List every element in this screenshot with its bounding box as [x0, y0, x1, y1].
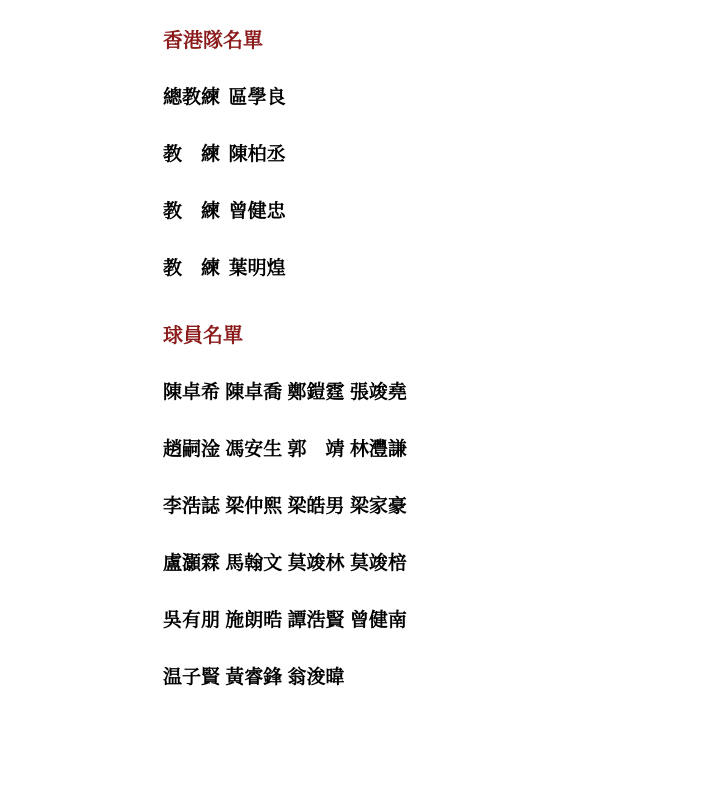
- staff-role: 教 練: [163, 258, 220, 279]
- staff-role: 總教練: [163, 87, 220, 108]
- staff-name: 葉明煌: [229, 258, 286, 279]
- players-row: 盧灝霖 馬翰文 莫竣林 莫竣棓: [163, 551, 706, 577]
- staff-role: 教 練: [163, 144, 220, 165]
- staff-line: 教 練葉明煌: [163, 256, 706, 282]
- team-roster-title: 香港隊名單: [163, 28, 706, 54]
- staff-line: 總教練區學良: [163, 85, 706, 111]
- players-row: 李浩誌 梁仲熙 梁皓男 梁家豪: [163, 494, 706, 520]
- roster-page: 香港隊名單 總教練區學良 教 練陳柏丞 教 練曾健忠 教 練葉明煌 球員名單 陳…: [0, 0, 706, 790]
- players-roster-title: 球員名單: [163, 323, 706, 349]
- staff-line: 教 練陳柏丞: [163, 142, 706, 168]
- staff-name: 曾健忠: [229, 201, 286, 222]
- staff-name: 陳柏丞: [229, 144, 286, 165]
- staff-name: 區學良: [229, 87, 286, 108]
- players-row: 趙嗣淦 馮安生 郭 靖 林灃謙: [163, 437, 706, 463]
- staff-line: 教 練曾健忠: [163, 199, 706, 225]
- staff-role: 教 練: [163, 201, 220, 222]
- players-row: 吳有朋 施朗晧 譚浩賢 曾健南: [163, 608, 706, 634]
- players-row: 温子賢 黃睿鋒 翁浚暐: [163, 665, 706, 691]
- players-row: 陳卓希 陳卓喬 鄭鎧霆 張竣堯: [163, 380, 706, 406]
